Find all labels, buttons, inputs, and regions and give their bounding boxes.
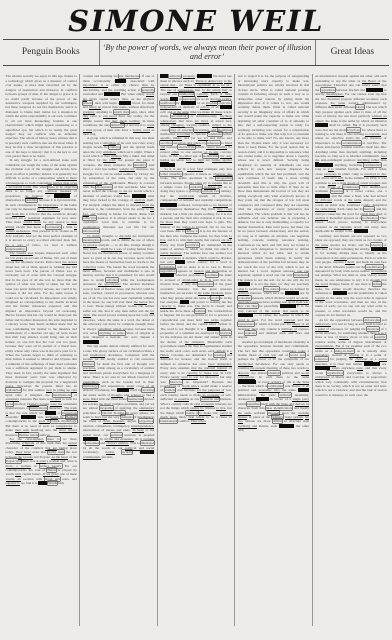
redaction-mark: perfect beauty. bbox=[40, 464, 62, 468]
redaction-mark: totalitarian bbox=[268, 384, 283, 388]
redaction-mark: false identification bbox=[266, 406, 292, 410]
redaction-mark: indivisible bbox=[160, 265, 174, 269]
redaction-mark: thinkers bbox=[83, 362, 94, 366]
redaction-mark: equality bbox=[375, 335, 386, 339]
redaction-mark: conditions, bbox=[181, 101, 196, 105]
redaction-mark: most absurd bbox=[59, 428, 77, 433]
redaction-mark: To keep bbox=[132, 428, 144, 433]
redaction-mark: coercion, bbox=[256, 397, 269, 401]
redaction-mark: authority bbox=[169, 74, 181, 78]
redaction-mark: comparison bbox=[54, 194, 70, 198]
redaction-mark: Thus when bbox=[191, 419, 206, 424]
redaction-mark: the void; bbox=[103, 158, 116, 163]
redaction-mark: possible bbox=[26, 198, 37, 202]
redaction-mark: more, a woman bbox=[6, 464, 31, 469]
redaction-mark: character bbox=[367, 327, 379, 331]
redaction-mark: by the sacrifices bbox=[37, 207, 60, 212]
redaction-mark: petrol is bbox=[220, 411, 232, 416]
text-columns: The relative security we enjoy in this a… bbox=[3, 74, 389, 626]
redaction-mark: hostile word bbox=[133, 128, 150, 133]
redaction-mark: intoxication bbox=[83, 229, 99, 233]
redaction-mark: play of external bbox=[170, 128, 193, 132]
redaction-mark: incapable bbox=[100, 406, 113, 410]
redaction-mark: subordination bbox=[238, 380, 257, 384]
redaction-mark: the omission. bbox=[185, 340, 205, 345]
redaction-mark: to human endurance. bbox=[6, 225, 77, 234]
redaction-mark: world war bbox=[290, 353, 305, 357]
redaction-mark: obvious fact bbox=[202, 189, 219, 193]
redaction-mark: capacity to bbox=[160, 304, 176, 309]
redaction-mark: reference bbox=[315, 357, 328, 361]
text-column-3: order, authority, property, democracy. W… bbox=[157, 74, 234, 626]
redaction-mark: Trojan War bbox=[6, 459, 21, 463]
redaction-mark: might be a way bbox=[101, 247, 122, 252]
redaction-mark: zeal bbox=[46, 388, 51, 393]
redaction-mark: objective bbox=[218, 101, 230, 105]
redaction-mark: windmills. bbox=[160, 163, 174, 167]
redaction-mark: similar bbox=[273, 419, 282, 423]
redaction-mark: by precise bbox=[83, 243, 97, 248]
redaction-mark: modifying bbox=[218, 128, 232, 132]
redaction-mark: dissolved; bbox=[132, 194, 146, 198]
text-column-4: war is waged it is for the purpose of sa… bbox=[234, 74, 311, 626]
redaction-mark: martyrs bbox=[364, 207, 374, 211]
redaction-mark: forbidden, bbox=[333, 291, 347, 295]
redaction-mark: machinations bbox=[53, 393, 71, 397]
redaction-mark: democracy. bbox=[197, 74, 213, 78]
redaction-mark: represent bbox=[183, 97, 195, 101]
redaction-mark: political bbox=[111, 433, 122, 437]
redaction-mark: are lived, bbox=[195, 119, 209, 124]
redaction-mark: antagonism bbox=[216, 176, 232, 180]
redaction-mark: order, bbox=[160, 74, 168, 78]
redaction-mark: generally bbox=[142, 88, 155, 92]
redaction-mark: empty. bbox=[38, 481, 47, 485]
redaction-mark: communists bbox=[343, 185, 359, 189]
redaction-mark: prestige bbox=[214, 353, 225, 357]
redaction-mark: threatening bbox=[279, 424, 294, 428]
redaction-mark: dictatorship bbox=[364, 318, 380, 322]
redaction-mark: communist bbox=[315, 194, 330, 198]
redaction-mark: how to fight bbox=[186, 158, 204, 163]
redaction-mark: communism; bbox=[315, 163, 333, 167]
redaction-mark: profit bbox=[211, 296, 219, 300]
redaction-mark: vocabulary. bbox=[83, 340, 99, 344]
redaction-mark: labels bbox=[356, 105, 364, 109]
redaction-mark: symptom bbox=[22, 441, 35, 446]
redaction-mark: abstractions bbox=[178, 145, 194, 149]
redaction-mark: would never bbox=[23, 220, 41, 225]
redaction-mark: compound bbox=[315, 375, 329, 380]
redaction-mark: unaffected bbox=[160, 101, 174, 105]
redaction-mark: liberty, bbox=[339, 335, 348, 340]
redaction-mark: intellectual bbox=[179, 92, 194, 96]
redaction-mark: weight nor bbox=[119, 167, 134, 172]
redaction-mark: international bbox=[160, 419, 177, 423]
redaction-mark: The nation bbox=[264, 287, 279, 291]
redaction-mark: pretext bbox=[83, 101, 92, 105]
redaction-mark: battles against bbox=[212, 158, 232, 163]
redaction-mark: not murderous bbox=[119, 74, 139, 78]
redaction-mark: successively bbox=[171, 114, 188, 118]
redaction-mark: identical bbox=[268, 371, 280, 375]
redaction-mark: communism, bbox=[83, 455, 101, 460]
redaction-mark: servitude bbox=[315, 123, 327, 127]
book-title: SIMONE WEIL bbox=[0, 0, 392, 37]
redaction-mark: sacrifices bbox=[186, 243, 199, 247]
redaction-mark: communism bbox=[364, 163, 381, 167]
redaction-mark: examine bbox=[206, 273, 218, 277]
text-column-5: an international crusade against the oth… bbox=[312, 74, 389, 626]
redaction-mark: opposition bbox=[321, 88, 335, 92]
redaction-mark: At the heart bbox=[51, 455, 67, 460]
redaction-mark: were not bbox=[50, 402, 62, 407]
redaction-mark: to kill. bbox=[335, 176, 344, 181]
redaction-mark: anything to seize. bbox=[99, 331, 125, 335]
redaction-mark: a few fatal bbox=[187, 167, 203, 172]
redaction-mark: analysis bbox=[220, 331, 231, 335]
redaction-mark: the present bbox=[250, 366, 265, 371]
redaction-mark: seems bbox=[170, 97, 178, 101]
redaction-mark: elementary bbox=[139, 406, 154, 411]
redaction-mark: squeeze it, bbox=[6, 481, 20, 486]
redaction-mark: the same thing. bbox=[315, 207, 336, 212]
redaction-mark: the word bbox=[315, 282, 327, 287]
redaction-mark: as possible bbox=[174, 397, 189, 402]
redaction-mark: geology; bbox=[238, 282, 250, 286]
redaction-mark: intellectual bbox=[128, 397, 143, 401]
redaction-mark: rational thought. bbox=[102, 411, 125, 415]
redaction-mark: precision, bbox=[83, 366, 96, 371]
redaction-mark: dictatorship bbox=[364, 362, 380, 366]
redaction-mark: wage system. bbox=[285, 415, 304, 420]
redaction-mark: to see bbox=[328, 181, 336, 186]
redaction-mark: which they bbox=[114, 110, 130, 114]
redaction-mark: artificial bbox=[279, 393, 290, 397]
redaction-mark: that needs to be bbox=[283, 309, 309, 314]
redaction-mark: becomes bbox=[115, 79, 127, 83]
redaction-mark: international bbox=[30, 406, 47, 410]
redaction-mark: collective bbox=[83, 216, 96, 220]
redaction-mark: expressions bbox=[238, 322, 254, 326]
redaction-mark: ten years bbox=[11, 256, 23, 261]
redaction-mark: thought. bbox=[111, 393, 122, 398]
redaction-mark: security bbox=[122, 450, 133, 454]
redaction-mark: to die bbox=[119, 189, 127, 194]
redaction-mark: communism bbox=[366, 88, 383, 92]
redaction-mark: measurement. bbox=[315, 344, 334, 349]
redaction-mark: the same bbox=[348, 198, 361, 203]
redaction-mark: recruitment bbox=[371, 269, 387, 274]
redaction-mark: capitalism, bbox=[140, 450, 155, 454]
redaction-mark: the nation bbox=[134, 300, 148, 305]
redaction-mark: resolved to die, bbox=[364, 172, 386, 177]
redaction-mark: far more bbox=[160, 220, 172, 225]
redaction-mark: unreal bbox=[68, 441, 76, 446]
redaction-mark: ruin bbox=[71, 388, 76, 393]
redaction-mark: power, bbox=[180, 300, 189, 304]
redaction-mark: went to war bbox=[181, 375, 198, 380]
redaction-mark: illustrated bbox=[141, 441, 155, 445]
redaction-mark: revenged bbox=[117, 388, 129, 392]
redaction-mark: enable it bbox=[186, 411, 198, 415]
redaction-mark: it is bbox=[330, 362, 336, 367]
redaction-mark: meaningless. bbox=[326, 92, 344, 97]
redaction-mark: efficacious. bbox=[104, 92, 120, 96]
redaction-mark: surrender; bbox=[160, 273, 174, 277]
redaction-mark: limit, measure, bbox=[103, 419, 125, 424]
redaction-mark: by different bbox=[315, 198, 332, 203]
redaction-mark: contrary bbox=[109, 145, 120, 149]
redaction-mark: exasperates bbox=[371, 247, 387, 251]
redaction-mark: nothing bbox=[195, 309, 205, 313]
series-label: Great Ideas bbox=[316, 40, 389, 65]
redaction-mark: conditions bbox=[208, 132, 222, 136]
redaction-mark: disputing bbox=[331, 189, 344, 193]
redaction-mark: property, bbox=[183, 74, 195, 79]
redaction-mark: abandoning bbox=[182, 278, 198, 283]
redaction-mark: soldiers bbox=[165, 388, 176, 392]
redaction-mark: treason bbox=[194, 269, 204, 274]
banner: Penguin Books ‘By the power of words, we… bbox=[3, 39, 389, 66]
redaction-mark: the same bbox=[331, 101, 346, 106]
redaction-mark: absolute bbox=[220, 105, 231, 109]
redaction-mark: are fed. bbox=[221, 238, 231, 243]
redaction-mark: mythology bbox=[83, 384, 98, 388]
redaction-mark: world-wide bbox=[178, 194, 194, 199]
redaction-mark: loyalty. bbox=[315, 296, 325, 301]
redaction-mark: suppressed bbox=[238, 313, 253, 317]
redaction-mark: for them. bbox=[83, 309, 154, 318]
redaction-mark: gods of bbox=[39, 419, 50, 424]
redaction-mark: materials and bbox=[201, 397, 219, 401]
redaction-mark: thing-in-itself bbox=[335, 349, 354, 353]
redaction-mark: analyse it bbox=[315, 216, 328, 221]
redaction-mark: to the State bbox=[293, 380, 309, 385]
redaction-mark: oligarchies bbox=[21, 415, 36, 419]
redaction-mark: identifies bbox=[247, 402, 260, 406]
redaction-mark: secret bbox=[6, 402, 14, 406]
redaction-mark: the same bbox=[315, 243, 328, 248]
redaction-mark: the supreme bbox=[334, 225, 352, 230]
redaction-mark: nation, bbox=[106, 450, 115, 455]
cover-quote: ‘By the power of words, we always mean t… bbox=[100, 40, 316, 65]
redaction-mark: capitalist bbox=[190, 185, 202, 189]
redaction-mark: they bbox=[83, 114, 89, 119]
redaction-mark: intellectual bbox=[90, 353, 105, 358]
text-column-1: The relative security we enjoy in this a… bbox=[3, 74, 79, 626]
redaction-mark: Morocco bbox=[170, 380, 182, 384]
redaction-mark: unreality bbox=[134, 163, 146, 167]
redaction-mark: inextricably bbox=[160, 203, 176, 207]
redaction-mark: invading bbox=[142, 388, 154, 392]
redaction-mark: can never bbox=[103, 114, 117, 119]
redaction-mark: two straws bbox=[62, 260, 77, 265]
redaction-mark: there is no objective bbox=[48, 185, 77, 189]
redaction-mark: of civil war bbox=[259, 353, 277, 358]
redaction-mark: Helen bbox=[47, 468, 55, 472]
redaction-mark: reality than bbox=[48, 450, 64, 454]
redaction-mark: derives its bbox=[295, 402, 309, 407]
redaction-mark: economic life; bbox=[259, 388, 280, 393]
redaction-mark: words, bbox=[175, 260, 184, 264]
redaction-mark: millions of bbox=[282, 327, 297, 332]
redaction-mark: storm troopers bbox=[360, 181, 380, 186]
redaction-mark: absolutes bbox=[86, 441, 99, 445]
redaction-mark: imposed bbox=[268, 411, 280, 415]
redaction-mark: ferocious bbox=[347, 128, 360, 132]
redaction-mark: the Greeks bbox=[18, 455, 33, 460]
redaction-mark: a devil, bbox=[345, 260, 355, 265]
redaction-mark: syllables bbox=[106, 278, 118, 282]
redaction-mark: how can they bbox=[238, 304, 258, 308]
publisher-label: Penguin Books bbox=[3, 40, 100, 65]
redaction-mark: fortunately bbox=[46, 225, 61, 229]
redaction-mark: collective bbox=[83, 265, 96, 270]
redaction-mark: organization bbox=[327, 371, 344, 375]
redaction-mark: economic bbox=[238, 296, 251, 300]
redaction-mark: monuments bbox=[96, 185, 112, 189]
redaction-mark: Germany and bbox=[238, 424, 257, 429]
redaction-mark: lethal absurdity bbox=[160, 172, 182, 176]
redaction-mark: shedding bbox=[119, 101, 131, 105]
redaction-mark: attribute bbox=[45, 411, 56, 415]
redaction-mark: we make all these bbox=[197, 110, 222, 115]
redaction-mark: Greek mythology. bbox=[51, 419, 76, 423]
redaction-mark: capacity. bbox=[197, 92, 209, 97]
redaction-mark: there is bbox=[47, 437, 60, 441]
redaction-mark: resemblance bbox=[366, 265, 383, 269]
redaction-mark: define bbox=[373, 282, 381, 286]
redaction-mark: the Beast of bbox=[362, 79, 380, 84]
redaction-mark: social bbox=[379, 357, 387, 362]
redaction-mark: definition bbox=[111, 123, 124, 127]
redaction-mark: two terms bbox=[204, 318, 219, 323]
redaction-mark: technicians bbox=[203, 154, 218, 158]
redaction-mark: talisman, bbox=[207, 327, 219, 331]
redaction-mark: bloodshed, it is bbox=[83, 83, 108, 88]
redaction-mark: which could be bbox=[198, 256, 219, 261]
redaction-mark: identity bbox=[371, 243, 381, 247]
redaction-mark: to concede, bbox=[365, 132, 381, 137]
redaction-mark: stable meaning. bbox=[160, 251, 182, 256]
text-column-2: content and meaning are not murderous. I… bbox=[79, 74, 156, 626]
redaction-mark: blaspheme bbox=[294, 273, 309, 277]
redaction-mark: pure, bbox=[357, 366, 364, 371]
redaction-mark: orphans bbox=[245, 331, 256, 335]
redaction-mark: mysterious bbox=[62, 411, 77, 415]
redaction-mark: proportion bbox=[139, 419, 153, 423]
redaction-mark: define it bbox=[186, 229, 198, 233]
redaction-mark: from this bbox=[12, 212, 25, 217]
redaction-mark: may covet bbox=[217, 207, 232, 212]
redaction-mark: reconciled? bbox=[280, 304, 296, 308]
redaction-mark: emptiness. bbox=[354, 229, 368, 233]
redaction-mark: existence; bbox=[285, 291, 299, 295]
redaction-mark: frenzied bbox=[298, 388, 309, 392]
redaction-mark: the apocalypse? bbox=[98, 282, 121, 287]
redaction-mark: either bbox=[171, 150, 179, 155]
redaction-mark: Words bbox=[48, 481, 57, 485]
book-cover: SIMONE WEIL Penguin Books ‘By the power … bbox=[0, 0, 392, 640]
redaction-mark: of these bbox=[220, 92, 232, 97]
redaction-mark: profanation bbox=[362, 216, 378, 220]
redaction-mark: discredit bbox=[119, 234, 131, 239]
redaction-mark: accumulation bbox=[342, 141, 360, 145]
redaction-mark: meaningless bbox=[83, 238, 100, 242]
redaction-mark: instrument bbox=[198, 282, 213, 286]
redaction-mark: explanation bbox=[6, 388, 22, 392]
redaction-mark: understanding. bbox=[6, 247, 26, 251]
redaction-mark: democracy bbox=[315, 366, 330, 370]
redaction-mark: a point of bbox=[315, 327, 329, 332]
